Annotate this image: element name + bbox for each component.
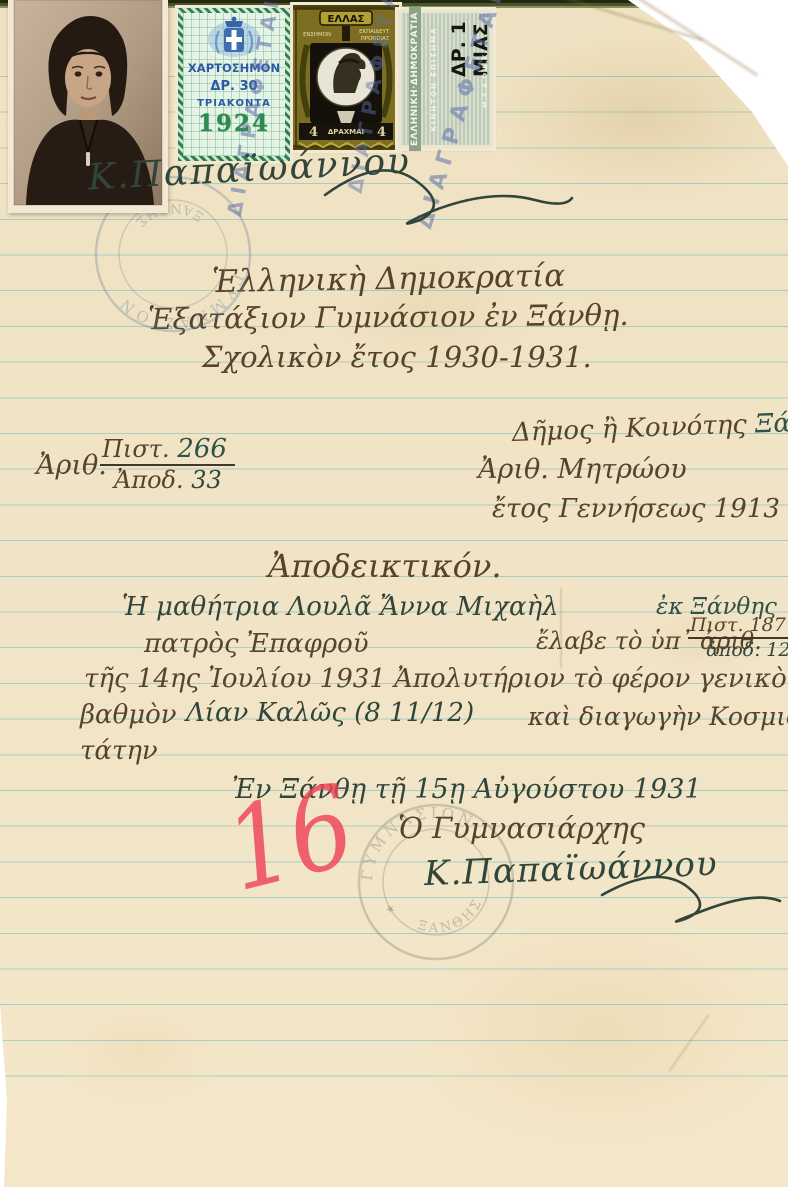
header-school-year: Σχολικὸν ἔτος 1930-1931. — [202, 343, 592, 372]
signature-flourish — [320, 150, 580, 240]
registry-birth-year: ἔτος Γεννήσεως 1913 — [492, 496, 780, 522]
stamp-type-line: ΚΙΝΗΤΟΝ ΕΠΙΣΗΜΑ — [430, 26, 438, 131]
certificate-title: Ἀποδεικτικόν. — [268, 550, 502, 582]
ref-number-fraction: Πιστ. 266 Ἀποδ. 33 — [100, 436, 235, 492]
svg-text:★: ★ — [383, 901, 398, 917]
svg-text:ΕΛΛΑΣ: ΕΛΛΑΣ — [328, 14, 365, 25]
body-conduct-cont: τάτην — [80, 738, 158, 764]
svg-text:4: 4 — [309, 125, 318, 140]
stamp-country-line: ΕΛΛΗΝΙΚΗ·ΔΗΜΟΚΡΑΤΙΑ — [409, 7, 421, 151]
svg-text:4: 4 — [377, 125, 386, 140]
body-conduct: καὶ διαγωγὴν Κοσμιω — [528, 704, 788, 729]
body-father-name: πατρὸς Ἐπαφροῦ — [144, 631, 369, 657]
ref-number-label: Ἀριθ. — [36, 452, 107, 479]
body-date-diploma: τῆς 14ης Ἰουλίου 1931 Ἀπολυτήριον τὸ φέρ… — [84, 666, 788, 692]
header-republic: Ἑλληνικὴ Δημοκρατία — [212, 261, 566, 298]
signature-flourish — [600, 855, 785, 935]
body-grade-value: Λίαν Καλῶς (8 11/12) — [186, 700, 474, 726]
ref-cert-label: Πιστ. — [102, 435, 170, 463]
svg-text:ΕΝΣΗΜΟΝ: ΕΝΣΗΜΟΝ — [303, 32, 331, 38]
stamp-value-words: ΤΡΙΑΚΟΝΤΑ — [183, 98, 285, 109]
body-cert-fraction: Πιστ. 187 ἀποδ. 12 — [688, 616, 788, 660]
scanned-certificate-page: ΓΥΜΝΑΣΙΟΝ ΞΑΝΘΗΣ — [0, 0, 788, 1187]
svg-text:ΞΑΝΘΗΣ: ΞΑΝΘΗΣ — [411, 887, 493, 949]
ref-receipt-label: Ἀποδ. — [114, 466, 184, 494]
body-student-name: Ἡ μαθήτρια Λουλᾶ Ἄννα Μιχαὴλ — [122, 594, 559, 620]
ref-cert-number: 266 — [177, 434, 227, 464]
svg-text:ΓΥΜΝΑΣΙΟΝ: ΓΥΜΝΑΣΙΟΝ — [112, 267, 256, 340]
closing-role: Ὁ Γυμνασιάρχης — [398, 814, 645, 843]
registry-number: Ἀριθ. Μητρώου — [478, 456, 687, 483]
stamp-year: 1924 — [183, 110, 285, 137]
ref-receipt-number: 33 — [191, 466, 222, 494]
body-grade-label: βαθμὸν — [80, 702, 177, 728]
